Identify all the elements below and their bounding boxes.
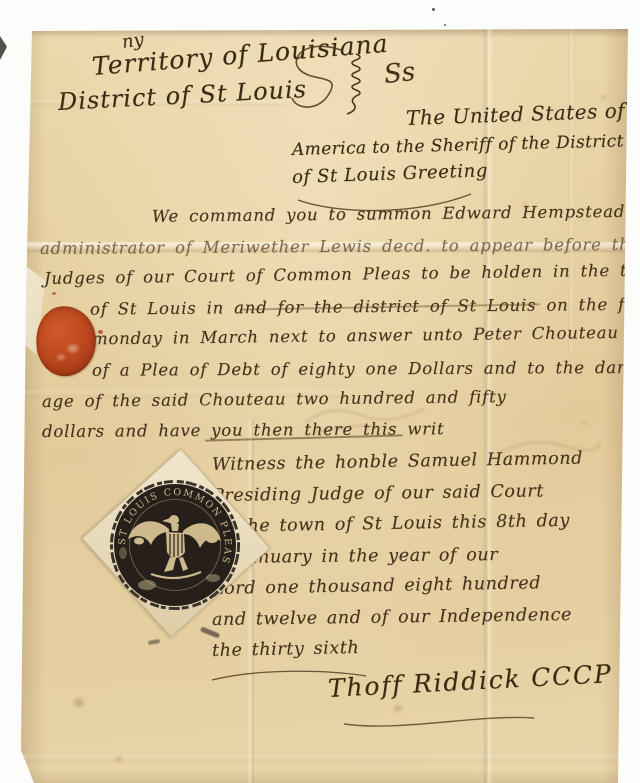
foxing-spot: [394, 705, 402, 712]
witness-line: Witness the honble Samuel Hammond: [212, 444, 583, 481]
edge-notch: [0, 36, 7, 60]
body-line: age of the said Chouteau two hundred and…: [40, 380, 640, 417]
salutation-line-3: of St Louis Greeting: [292, 160, 489, 188]
witness-line: the thirty sixth: [212, 628, 584, 667]
scilicet-squiggle: [344, 52, 368, 116]
ink-smear: [148, 639, 161, 645]
wax-droplet: [52, 292, 56, 295]
witness-line: Lord one thousand eight hundred: [212, 568, 583, 605]
venue-line-2: District of St Louis: [57, 75, 307, 116]
wax-droplet: [98, 330, 103, 334]
dust-speck: [444, 24, 446, 26]
dust-speck: [432, 8, 435, 11]
body-line: dollars and have you then there this wri…: [40, 413, 640, 448]
body-paragraph: We command you to summon Edward Hempstea…: [40, 203, 640, 448]
salutation-line-2: America to the Sheriff of the District: [292, 131, 624, 160]
fold-crease-horizontal: [0, 755, 640, 763]
salutation-line-1: The United States of: [406, 98, 626, 130]
signature-flourish: [340, 710, 540, 732]
witness-block: Witness the honble Samuel Hammond Presid…: [212, 450, 583, 667]
body-line: We command you to summon Edward Hempstea…: [40, 196, 640, 233]
court-seal-stamp: ST LOUIS COMMON PLEAS: [107, 477, 243, 613]
paper-edge-shadow-bottom: [0, 769, 640, 783]
foxing-spot: [74, 698, 84, 707]
document-photo: ny Territory of Louisiana District of St…: [0, 0, 640, 783]
body-line: monday in March next to answer unto Pete…: [40, 318, 640, 356]
witness-line: at the town of St Louis this 8th day: [212, 506, 583, 543]
document-paper: ny Territory of Louisiana District of St…: [0, 0, 640, 783]
foxing-spot: [115, 756, 122, 762]
scilicet-mark: Ss: [382, 57, 416, 90]
